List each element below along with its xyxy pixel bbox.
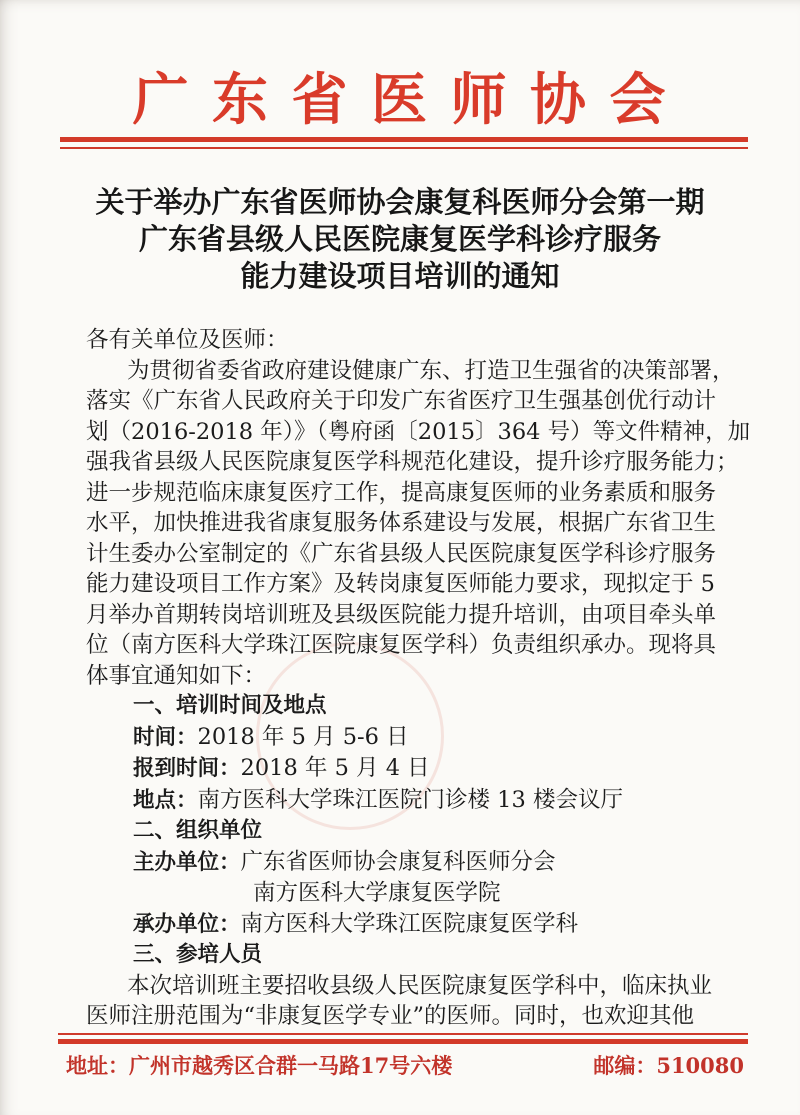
footer-postcode-label: 邮编：: [593, 1053, 656, 1078]
body-line: 为贯彻省委省政府建设健康广东、打造卫生强省的决策部署，: [86, 356, 734, 387]
body-line: 各有关单位及医师：: [86, 325, 734, 356]
footer-address-value: 广州市越秀区合群一马路17号六楼: [129, 1053, 452, 1078]
body-line: 位（南方医科大学珠江医院康复医学科）负责组织承办。现将具: [86, 630, 734, 661]
body-line: 能力建设项目工作方案》及转岗康复医师能力要求，现拟定于 5: [86, 569, 734, 600]
letterhead-rule-thick: [60, 137, 748, 142]
letterhead-org-name: 广 东 省 医 师 协 会: [0, 56, 800, 136]
field-label: 时间：: [133, 725, 198, 750]
section-heading: 三、参培人员: [86, 940, 734, 971]
body-line: 强我省县级人民医院康复医学科规范化建设，提升诊疗服务能力；: [86, 447, 734, 478]
body-line: 医师注册范围为“非康复医学专业”的医师。同时，也欢迎其他: [86, 1001, 734, 1032]
body-line: 承办单位：南方医科大学珠江医院康复医学科: [86, 909, 734, 941]
body-line: 进一步规范临床康复医疗工作，提高康复医师的业务素质和服务: [86, 478, 734, 509]
field-label: 地点：: [133, 788, 198, 813]
document-title-line-1: 关于举办广东省医师协会康复科医师分会第一期: [0, 184, 800, 221]
document-footer: 地址：广州市越秀区合群一马路17号六楼 邮编：510080: [66, 1050, 744, 1080]
footer-address-label: 地址：: [66, 1053, 129, 1078]
section-heading: 二、组织单位: [86, 816, 734, 847]
footer-postcode-value: 510080: [656, 1053, 744, 1078]
body-line: 南方医科大学康复医学院: [86, 878, 734, 909]
document-title-line-3: 能力建设项目培训的通知: [0, 258, 800, 295]
body-line: 划（2016-2018 年）》（粤府函〔2015〕364 号）等文件精神，加: [86, 417, 734, 448]
footer-rule-thin: [58, 1033, 748, 1035]
body-line: 落实《广东省人民政府关于印发广东省医疗卫生强基创优行动计: [86, 386, 734, 417]
document-body: 各有关单位及医师：为贯彻省委省政府建设健康广东、打造卫生强省的决策部署，落实《广…: [86, 325, 734, 1032]
body-line: 主办单位：广东省医师协会康复科医师分会: [86, 847, 734, 879]
field-label: 主办单位：: [133, 850, 241, 875]
footer-postcode: 邮编：510080: [593, 1050, 744, 1080]
body-line: 时间：2018 年 5 月 5-6 日: [86, 722, 734, 754]
body-line: 月举办首期转岗培训班及县级医院能力提升培训，由项目牵头单: [86, 600, 734, 631]
body-line: 本次培训班主要招收县级人民医院康复医学科中，临床执业: [86, 971, 734, 1002]
body-line: 体事宜通知如下：: [86, 661, 734, 692]
body-line: 计生委办公室制定的《广东省县级人民医院康复医学科诊疗服务: [86, 539, 734, 570]
document-title: 关于举办广东省医师协会康复科医师分会第一期 广东省县级人民医院康复医学科诊疗服务…: [0, 184, 800, 295]
body-line: 地点：南方医科大学珠江医院门诊楼 13 楼会议厅: [86, 785, 734, 817]
document-title-line-2: 广东省县级人民医院康复医学科诊疗服务: [0, 221, 800, 258]
field-label: 报到时间：: [133, 756, 241, 781]
section-heading: 一、培训时间及地点: [86, 691, 734, 722]
letterhead-rule-thin: [60, 147, 748, 149]
document-page: 广 东 省 医 师 协 会 关于举办广东省医师协会康复科医师分会第一期 广东省县…: [0, 0, 800, 1115]
footer-rule-thick: [58, 1039, 748, 1044]
footer-address: 地址：广州市越秀区合群一马路17号六楼: [66, 1050, 452, 1080]
body-line: 报到时间：2018 年 5 月 4 日: [86, 753, 734, 785]
body-line: 水平，加快推进我省康复服务体系建设与发展，根据广东省卫生: [86, 508, 734, 539]
field-label: 承办单位：: [133, 912, 241, 937]
